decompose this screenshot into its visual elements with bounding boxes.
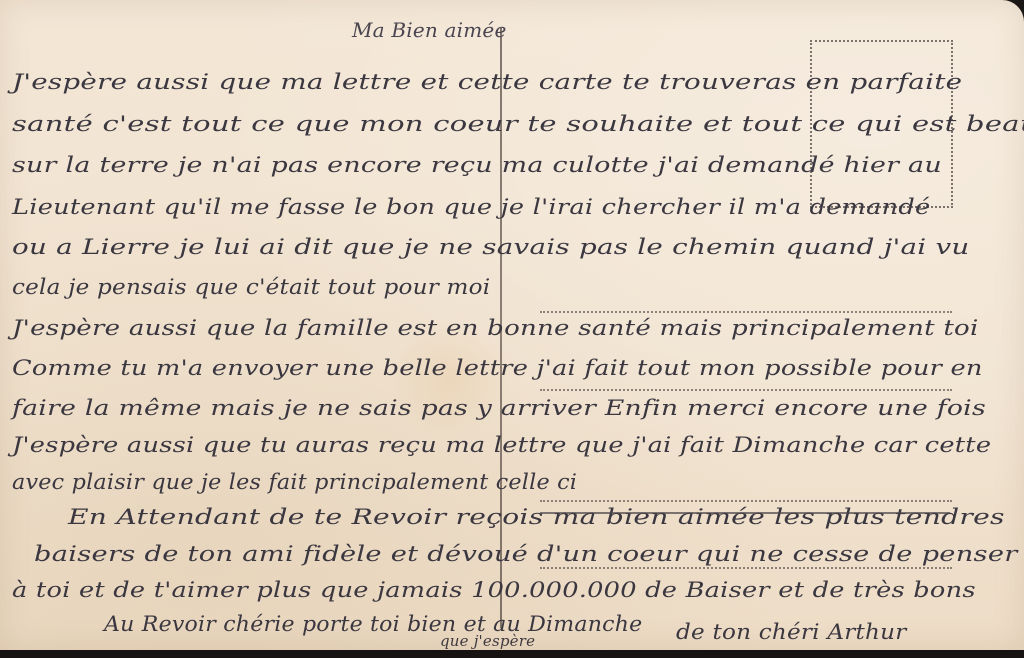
letter-line-10: J'espère aussi que tu auras reçu ma lett…	[12, 433, 991, 457]
address-line-3	[540, 500, 952, 502]
signature: de ton chéri Arthur	[676, 620, 906, 644]
letter-line-7: J'espère aussi que la famille est en bon…	[12, 316, 979, 340]
address-line-4	[540, 567, 952, 569]
postscript: que j'espère	[440, 632, 535, 650]
letter-line-15: Au Revoir chérie porte toi bien et au Di…	[104, 612, 642, 636]
letter-line-11: avec plaisir que je les fait principalem…	[12, 470, 577, 494]
letter-line-13: baisers de ton ami fidèle et dévoué d'un…	[34, 542, 1018, 566]
letter-line-5: ou a Lierre je lui ai dit que je ne sava…	[12, 235, 970, 259]
letter-header: Ma Bien aimée	[352, 18, 507, 42]
scan-bottom-edge	[0, 650, 1024, 658]
letter-line-6: cela je pensais que c'était tout pour mo…	[12, 275, 490, 299]
letter-line-9: faire la même mais je ne sais pas y arri…	[12, 396, 986, 420]
strikethrough-mark	[540, 512, 950, 514]
address-line-2	[540, 389, 952, 391]
letter-line-14: à toi et de t'aimer plus que jamais 100.…	[12, 578, 976, 602]
postcard-back: Ma Bien aimée J'espère aussi que ma lett…	[0, 0, 1024, 650]
letter-line-4: Lieutenant qu'il me fasse le bon que je …	[12, 195, 930, 219]
letter-line-8: Comme tu m'a envoyer une belle lettre j'…	[12, 356, 983, 380]
letter-line-12: En Attendant de te Revoir reçois ma bien…	[68, 505, 1005, 529]
letter-line-2: santé c'est tout ce que mon coeur te sou…	[12, 112, 1024, 136]
address-line-1	[540, 311, 952, 313]
letter-line-1: J'espère aussi que ma lettre et cette ca…	[12, 70, 962, 94]
letter-line-3: sur la terre je n'ai pas encore reçu ma …	[12, 153, 942, 177]
